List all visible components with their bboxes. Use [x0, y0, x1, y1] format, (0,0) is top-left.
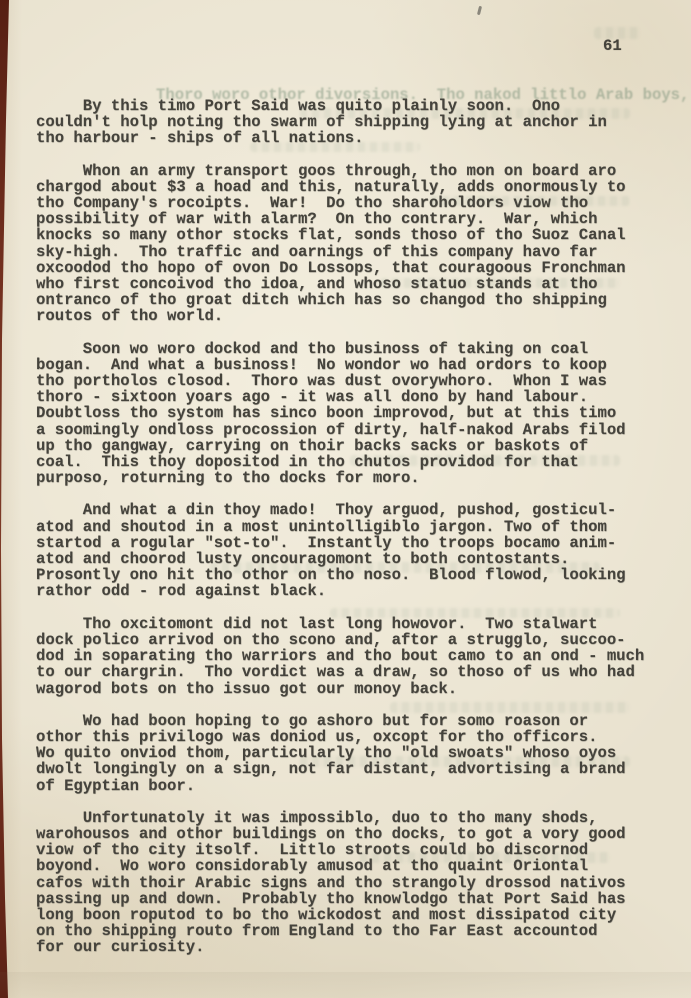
paragraph-4: And what a din thoy mado! Thoy arguod, p…: [36, 502, 660, 599]
paragraph-5: Tho oxcitomont did not last long howovor…: [36, 616, 660, 697]
scanned-page: Thoro woro othor divorsions. Tho nakod l…: [0, 0, 691, 998]
paragraph-1: By this timo Port Said was quito plainly…: [36, 98, 660, 147]
page-bottom-shading: [0, 972, 691, 998]
typewritten-text-block: By this timo Port Said was quito plainly…: [36, 98, 660, 972]
paragraph-7: Unfortunatoly it was impossiblo, duo to …: [36, 810, 660, 956]
ink-speck: [477, 6, 482, 15]
paragraph-6: Wo had boon hoping to go ashoro but for …: [36, 713, 660, 794]
paragraph-3: Soon wo woro dockod and tho businoss of …: [36, 341, 660, 487]
paragraph-2: Whon an army transport goos through, tho…: [36, 163, 660, 325]
book-binding-edge: [0, 0, 12, 998]
page-number: 61: [603, 37, 622, 55]
